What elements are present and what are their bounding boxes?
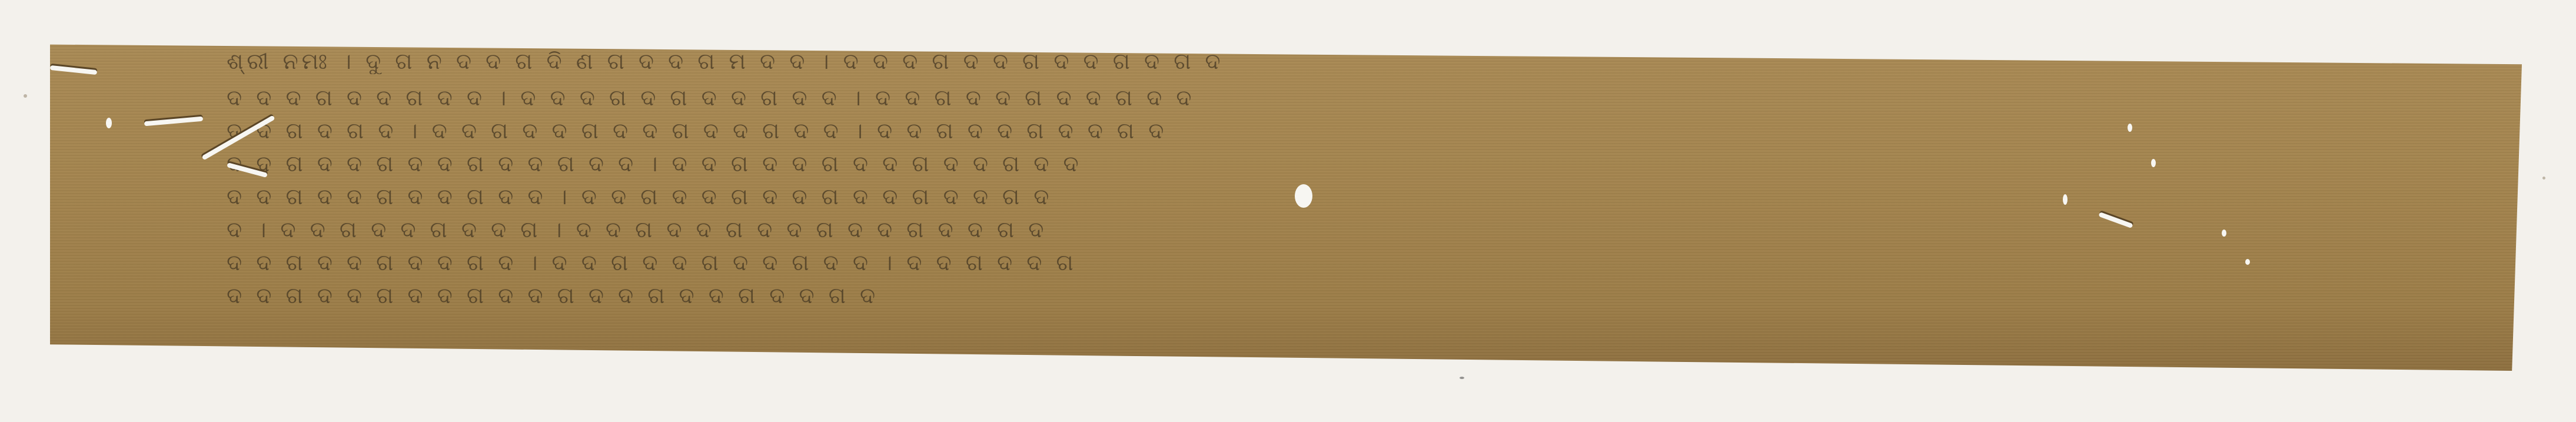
- background-speck: [2542, 177, 2545, 180]
- manuscript-line: ଦ ଦ ଗ ଦ ଦ ଗ ଦ ଦ ଗ ଦ ଦ ଗ ଦ ଦ ଗ ଦ ଦ ଗ ଦ ଦ …: [227, 283, 2416, 308]
- manuscript-line: ଦ ଦ ଦ ଗ ଦ ଦ ଗ ଦ ଦ । ଦ ଦ ଦ ଗ ଦ ଗ ଦ ଦ ଗ ଦ …: [227, 85, 2416, 111]
- manuscript-line: ଦ ଦ ଗ ଦ ଦ ଗ ଦ ଦ ଗ ଦ ଦ ଗ ଦ ଦ । ଦ ଦ ଗ ଦ ଦ …: [227, 151, 2416, 177]
- background-speck: [1460, 377, 1464, 379]
- worm-hole: [2245, 259, 2250, 265]
- manuscript-line: ଦ । ଦ ଦ ଗ ଦ ଦ ଗ ଦ ଦ ଗ । ଦ ଦ ଗ ଦ ଦ ଗ ଦ ଦ …: [227, 217, 2416, 242]
- worm-hole: [2151, 159, 2156, 167]
- palm-leaf-manuscript: ଶ୍ରୀ ନମଃ । ଦୁ ଗ ନ ଦ ଦ ଗ ଦି ଣ ଗ ଦ ଦ ଗ ମ ଦ…: [50, 41, 2522, 371]
- worm-hole: [2063, 194, 2068, 205]
- background-speck: [24, 94, 27, 98]
- worm-hole: [2222, 230, 2226, 237]
- manuscript-line: ଦ ଦ ଗ ଦ ଗ ଦ । ଦ ଦ ଗ ଦ ଦ ଗ ଦ ଦ ଗ ଦ ଦ ଗ ଦ …: [227, 118, 2416, 144]
- worm-hole: [2128, 124, 2132, 132]
- manuscript-line: ଶ୍ରୀ ନମଃ । ଦୁ ଗ ନ ଦ ଦ ଗ ଦି ଣ ଗ ଦ ଦ ଗ ମ ଦ…: [227, 48, 2416, 74]
- worm-hole: [106, 118, 112, 128]
- manuscript-line: ଦ ଦ ଗ ଦ ଦ ଗ ଦ ଦ ଗ ଦ ଦ । ଦ ଦ ଗ ଦ ଦ ଗ ଦ ଦ …: [227, 184, 2416, 210]
- string-hole: [1295, 184, 1312, 208]
- manuscript-line: ଦ ଦ ଗ ଦ ଦ ଗ ଦ ଦ ଗ ଦ । ଦ ଦ ଗ ଦ ଦ ଗ ଦ ଦ ଗ …: [227, 250, 2416, 275]
